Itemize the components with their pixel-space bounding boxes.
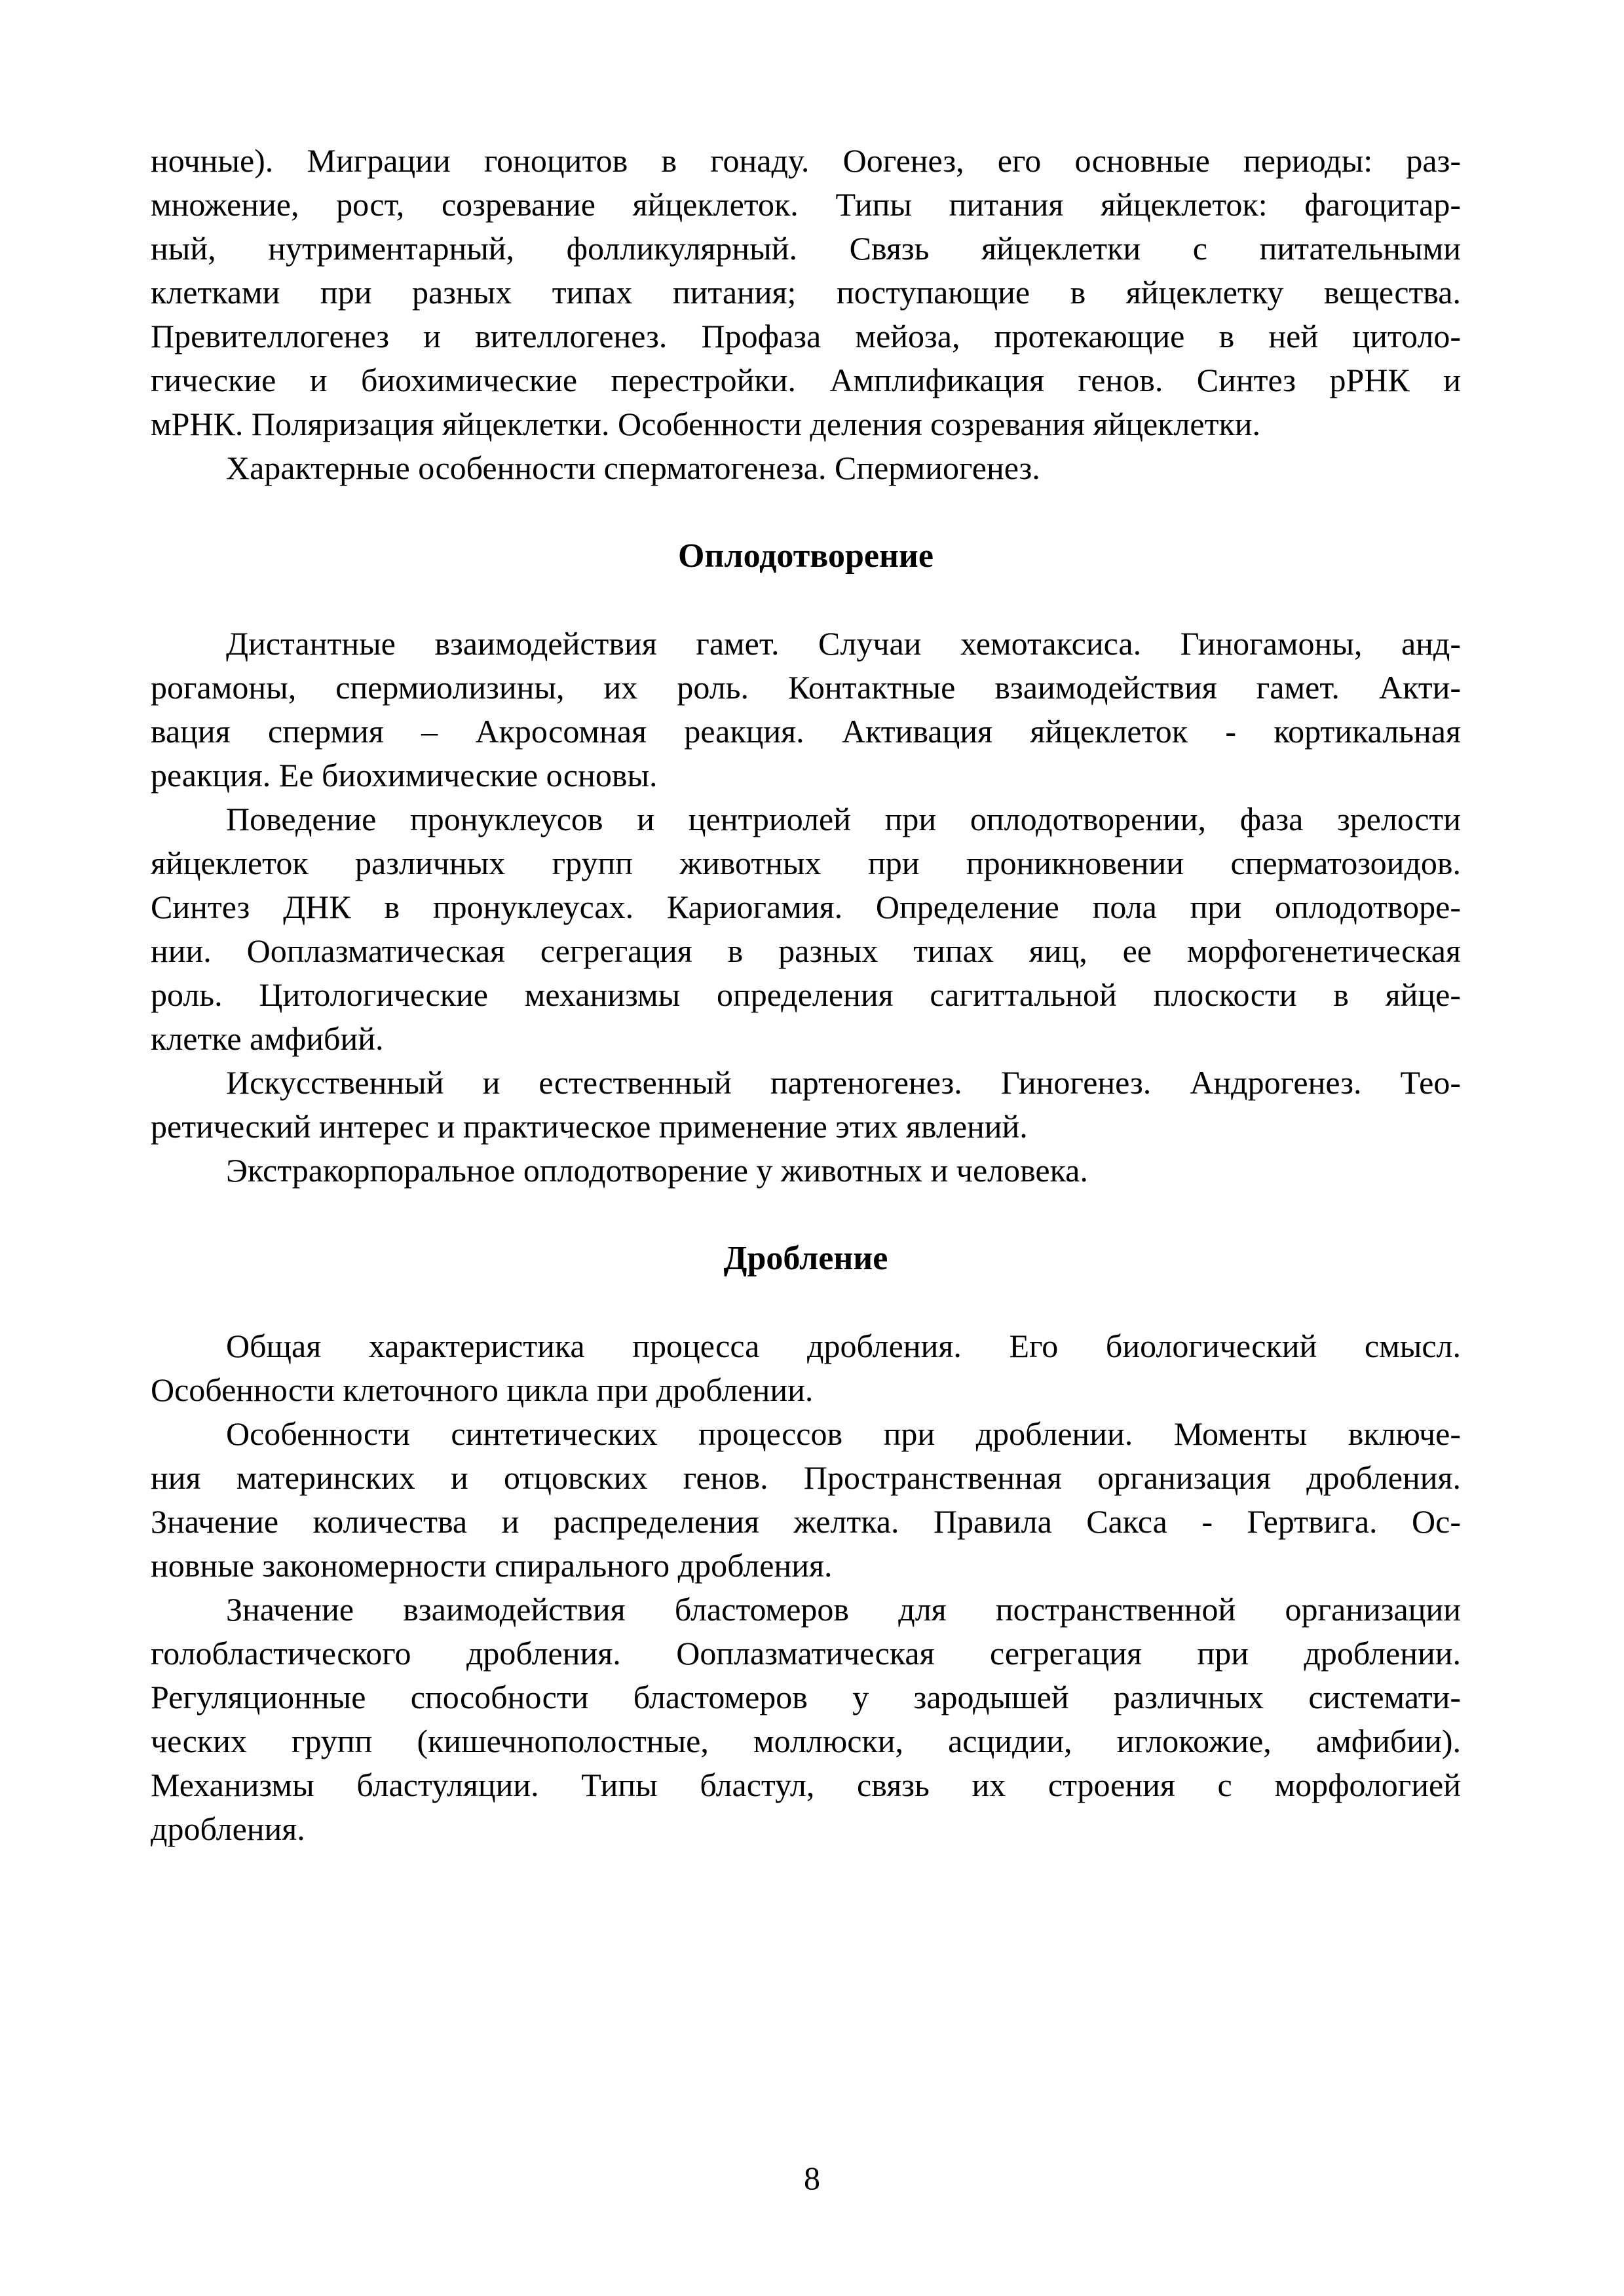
text-line: ный, нутриментарный, фолликулярный. Связ… bbox=[151, 227, 1461, 271]
section-heading: Оплодотворение bbox=[151, 534, 1461, 578]
text-block: ночные). Миграции гоноцитов в гонаду. Оо… bbox=[151, 139, 1461, 1851]
text-line: ретический интерес и практическое примен… bbox=[151, 1105, 1461, 1149]
text-line: гические и биохимические перестройки. Ам… bbox=[151, 358, 1461, 402]
text-line: Синтез ДНК в пронуклеусах. Кариогамия. О… bbox=[151, 885, 1461, 929]
text-line: Дистантные взаимодействия гамет. Случаи … bbox=[151, 622, 1461, 666]
text-line: новные закономерности спирального дробле… bbox=[151, 1544, 1461, 1588]
text-line: вация спермия – Акросомная реакция. Акти… bbox=[151, 710, 1461, 754]
text-line: Механизмы бластуляции. Типы бластул, свя… bbox=[151, 1763, 1461, 1807]
text-line: Искусственный и естественный партеногене… bbox=[151, 1061, 1461, 1105]
text-line: Регуляционные способности бластомеров у … bbox=[151, 1675, 1461, 1719]
text-line: Превителлогенез и вителлогенез. Профаза … bbox=[151, 315, 1461, 358]
text-line: Особенности клеточного цикла при дроблен… bbox=[151, 1368, 1461, 1412]
text-line: Значение взаимодействия бластомеров для … bbox=[151, 1588, 1461, 1632]
text-line: голобластического дробления. Ооплазматич… bbox=[151, 1632, 1461, 1675]
text-line: мРНК. Поляризация яйцеклетки. Особенност… bbox=[151, 402, 1461, 446]
text-line: дробления. bbox=[151, 1807, 1461, 1851]
paragraph: Характерные особенности сперматогенеза. … bbox=[151, 446, 1461, 490]
text-line: рогамоны, спермиолизины, их роль. Контак… bbox=[151, 666, 1461, 710]
text-line: Характерные особенности сперматогенеза. … bbox=[151, 446, 1461, 490]
paragraph: Дистантные взаимодействия гамет. Случаи … bbox=[151, 622, 1461, 797]
text-line: нии. Ооплазматическая сегрегация в разны… bbox=[151, 929, 1461, 973]
paragraph: Поведение пронуклеусов и центриолей при … bbox=[151, 797, 1461, 1061]
page-number: 8 bbox=[0, 2158, 1624, 2198]
text-line: ночные). Миграции гоноцитов в гонаду. Оо… bbox=[151, 139, 1461, 183]
text-line: Особенности синтетических процессов при … bbox=[151, 1412, 1461, 1456]
text-line: Экстракорпоральное оплодотворение у живо… bbox=[151, 1149, 1461, 1193]
text-line: клетками при разных типах питания; посту… bbox=[151, 271, 1461, 315]
paragraph: Экстракорпоральное оплодотворение у живо… bbox=[151, 1149, 1461, 1193]
paragraph: Искусственный и естественный партеногене… bbox=[151, 1061, 1461, 1149]
text-line: Поведение пронуклеусов и центриолей при … bbox=[151, 797, 1461, 841]
paragraph: Особенности синтетических процессов при … bbox=[151, 1412, 1461, 1588]
text-line: Общая характеристика процесса дробления.… bbox=[151, 1324, 1461, 1368]
text-line: клетке амфибий. bbox=[151, 1017, 1461, 1061]
text-line: яйцеклеток различных групп животных при … bbox=[151, 841, 1461, 885]
text-line: ния материнских и отцовских генов. Прост… bbox=[151, 1456, 1461, 1500]
paragraph: ночные). Миграции гоноцитов в гонаду. Оо… bbox=[151, 139, 1461, 446]
section-heading: Дробление bbox=[151, 1236, 1461, 1280]
text-line: ческих групп (кишечнополостные, моллюски… bbox=[151, 1719, 1461, 1763]
document-page: ночные). Миграции гоноцитов в гонаду. Оо… bbox=[0, 0, 1624, 2296]
text-line: реакция. Ее биохимические основы. bbox=[151, 754, 1461, 797]
text-line: роль. Цитологические механизмы определен… bbox=[151, 973, 1461, 1017]
text-line: множение, рост, созревание яйцеклеток. Т… bbox=[151, 183, 1461, 227]
paragraph: Общая характеристика процесса дробления.… bbox=[151, 1324, 1461, 1412]
paragraph: Значение взаимодействия бластомеров для … bbox=[151, 1588, 1461, 1851]
text-line: Значение количества и распределения желт… bbox=[151, 1500, 1461, 1544]
